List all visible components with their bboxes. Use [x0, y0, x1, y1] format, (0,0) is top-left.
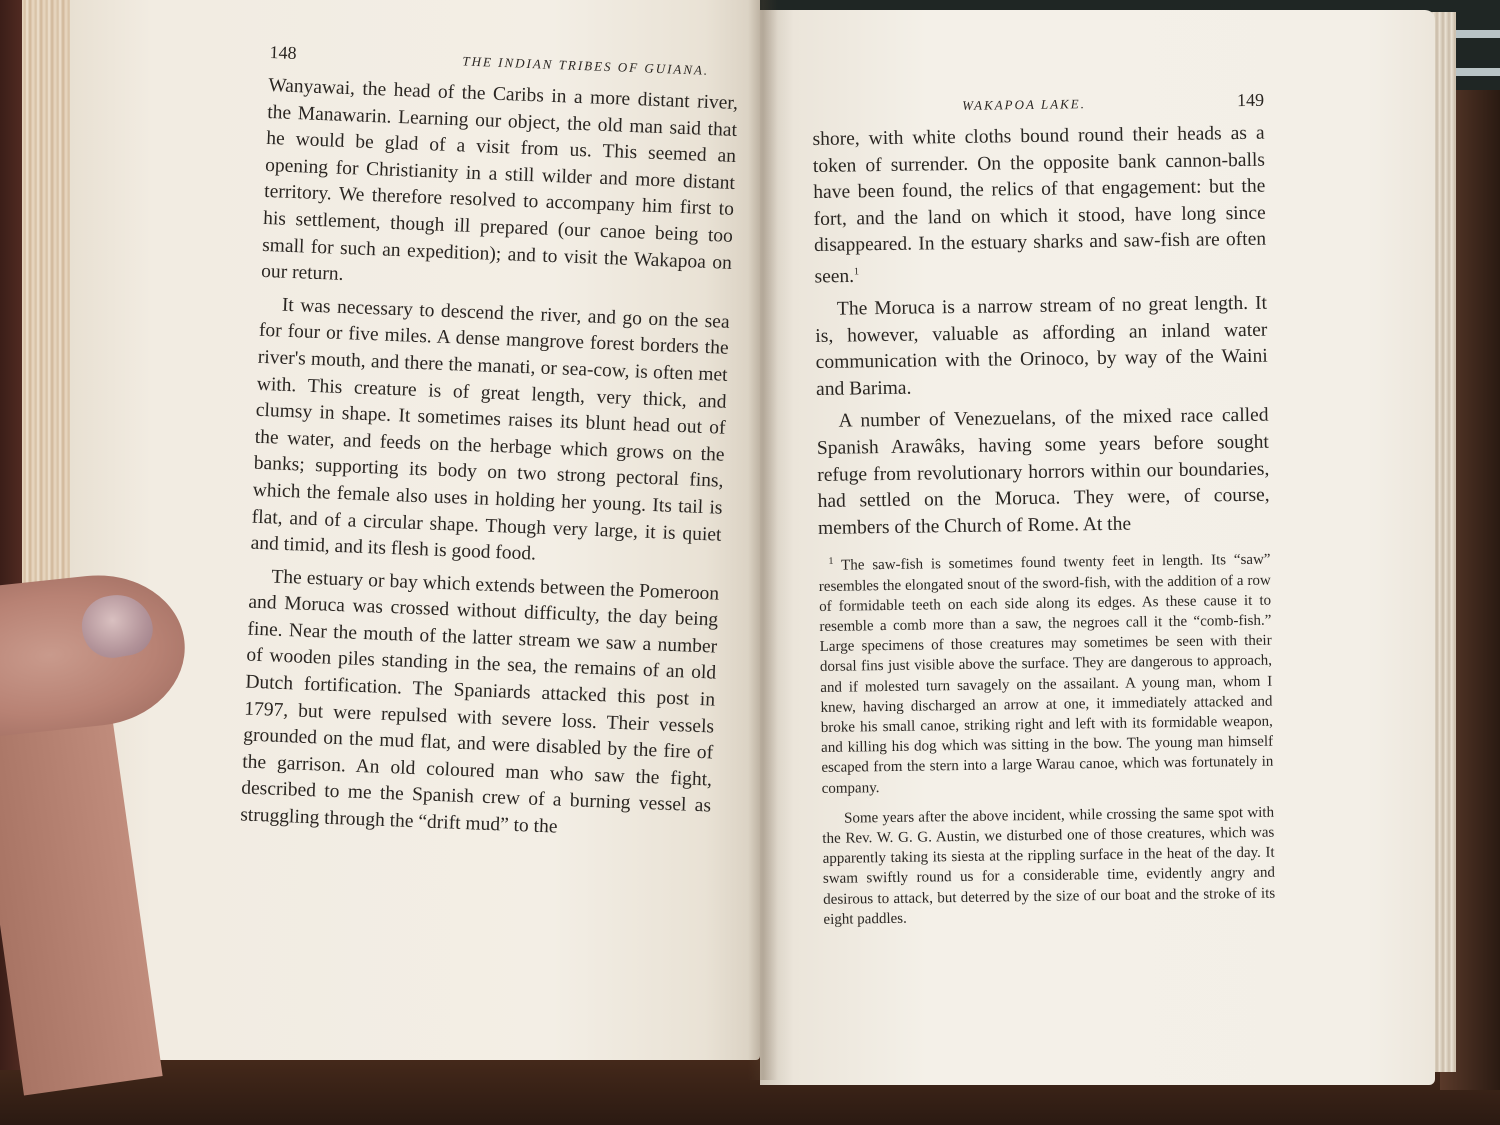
paragraph: A number of Venezuelans, of the mixed ra…: [816, 403, 1270, 542]
running-head-title: THE INDIAN TRIBES OF GUIANA.: [462, 53, 709, 78]
footnote-marker: 1: [828, 556, 833, 567]
paragraph: It was necessary to descend the river, a…: [250, 292, 730, 576]
book-gutter: [748, 0, 778, 1080]
footnote-reference: 1: [854, 266, 859, 277]
paragraph: shore, with white cloths bound round the…: [812, 121, 1266, 291]
page-number: 149: [1237, 90, 1264, 111]
paragraph: Wanyawai, the head of the Caribs in a mo…: [261, 73, 739, 304]
right-page-text: WAKAPOA LAKE. 149 shore, with white clot…: [812, 90, 1276, 934]
left-page-text: 148 THE INDIAN TRIBES OF GUIANA. Wanyawa…: [240, 42, 740, 853]
page-number: 148: [269, 42, 297, 64]
paragraph-text: shore, with white cloths bound round the…: [812, 123, 1266, 288]
footnote-text: The saw-fish is sometimes found twenty f…: [819, 552, 1274, 797]
footnote: 1 The saw-fish is sometimes found twenty…: [818, 546, 1273, 799]
paragraph: The Moruca is a narrow stream of no grea…: [815, 291, 1268, 404]
footnote: Some years after the above incident, whi…: [822, 802, 1276, 930]
running-head-title: WAKAPOA LAKE.: [962, 96, 1086, 114]
paragraph: The estuary or bay which extends between…: [240, 563, 720, 847]
